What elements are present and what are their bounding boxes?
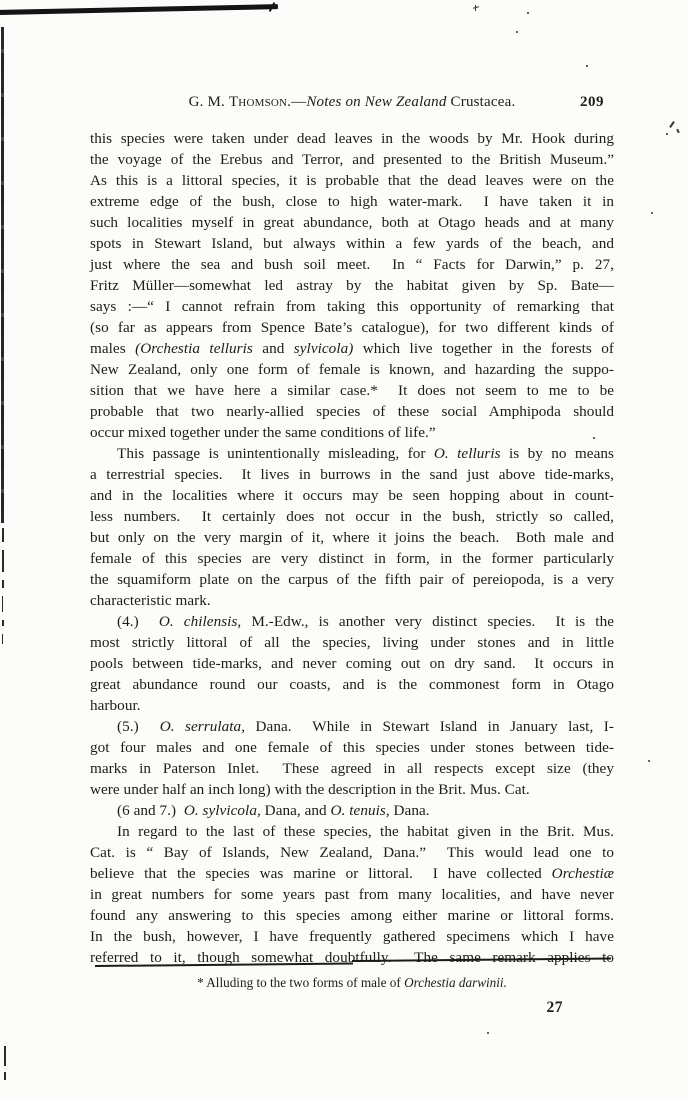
- text-segment: which live together in the forests of: [353, 340, 614, 357]
- signature-number: 27: [547, 999, 564, 1017]
- text-line: marks in Paterson Inlet. These agreed in…: [90, 758, 614, 779]
- text-segment: O. telluris: [434, 445, 501, 462]
- text-segment: just where the sea and bush soil meet. I…: [90, 256, 614, 273]
- scan-edge-line-left: [1, 27, 4, 523]
- scan-speck: [527, 12, 529, 14]
- text-segment: Fritz Müller—somewhat led astray by the …: [90, 277, 614, 294]
- scanned-page: G. M. Thomson.—Notes on New Zealand Crus…: [0, 0, 689, 1100]
- text-segment: got four males and one female of this sp…: [90, 739, 614, 756]
- text-segment: great abundance round our coasts, and is…: [90, 676, 614, 693]
- text-segment: G. M.: [189, 94, 229, 110]
- scan-speck: [666, 133, 668, 135]
- text-line: In regard to the last of these species, …: [90, 821, 614, 842]
- scan-edge-dash: [4, 1072, 6, 1080]
- text-segment: Cat. is “ Bay of Islands, New Zealand, D…: [90, 844, 614, 861]
- text-segment: this species were taken under dead leave…: [90, 130, 614, 147]
- text-line: (so far as appears from Spence Bate’s ca…: [90, 317, 614, 338]
- text-line: males (Orchestia telluris and sylvicola)…: [90, 338, 614, 359]
- text-line: occur mixed together under the same cond…: [90, 422, 614, 443]
- text-segment: is by no means: [501, 445, 614, 462]
- paragraph: (4.) O. chilensis, M.-Edw., is another v…: [90, 611, 614, 716]
- text-segment: —: [291, 94, 306, 110]
- text-segment: , Dana. While in Stewart Island in Janua…: [241, 718, 614, 735]
- text-segment: female of this species are very distinct…: [90, 550, 614, 567]
- text-segment: probable that two nearly-allied species …: [90, 403, 614, 420]
- text-segment: , M.-Edw., is another very distinct spec…: [237, 613, 614, 630]
- text-segment: extreme edge of the bush, close to high …: [90, 193, 614, 210]
- text-segment: This passage is unintentionally misleadi…: [117, 445, 434, 462]
- text-segment: pools between tide-marks, and never comi…: [90, 655, 614, 672]
- text-line: sition that we have here a similar case.…: [90, 380, 614, 401]
- text-segment: most strictly littoral of all the specie…: [90, 634, 614, 651]
- text-segment: (4.): [117, 613, 159, 630]
- text-segment: in great numbers for some years past fro…: [90, 886, 614, 903]
- text-line: spots in Stewart Island, but always with…: [90, 233, 614, 254]
- text-line: extreme edge of the bush, close to high …: [90, 191, 614, 212]
- text-segment: sylvicola): [294, 340, 354, 357]
- text-segment: such localities myself in great abundanc…: [90, 214, 614, 231]
- text-segment: (5.): [117, 718, 160, 735]
- text-segment: (Orchestia telluris: [135, 340, 253, 357]
- paragraph: In regard to the last of these species, …: [90, 821, 614, 968]
- scan-speck: [648, 760, 650, 762]
- text-line: great abundance round our coasts, and is…: [90, 674, 614, 695]
- text-segment: believe that the species was marine or l…: [90, 865, 552, 882]
- text-line: such localities myself in great abundanc…: [90, 212, 614, 233]
- text-line: most strictly littoral of all the specie…: [90, 632, 614, 653]
- text-segment: occur mixed together under the same cond…: [90, 424, 436, 441]
- text-segment: O. tenuis: [331, 802, 386, 819]
- scan-speck: [473, 6, 479, 9]
- text-line: As this is a littoral species, it is pro…: [90, 170, 614, 191]
- text-segment: and: [253, 340, 294, 357]
- text-segment: Crustacea.: [447, 94, 516, 110]
- text-segment: were under half an inch long) with the d…: [90, 781, 530, 798]
- footnote: * Alluding to the two forms of male of O…: [90, 975, 614, 991]
- text-line: Cat. is “ Bay of Islands, New Zealand, D…: [90, 842, 614, 863]
- text-line: less numbers. It certainly does not occu…: [90, 506, 614, 527]
- scan-speck: [586, 65, 588, 67]
- text-line: just where the sea and bush soil meet. I…: [90, 254, 614, 275]
- page-header: G. M. Thomson.—Notes on New Zealand Crus…: [90, 94, 614, 114]
- text-line: got four males and one female of this sp…: [90, 737, 614, 758]
- text-line: believe that the species was marine or l…: [90, 863, 614, 884]
- text-segment: O. chilensis: [159, 613, 238, 630]
- text-line: were under half an inch long) with the d…: [90, 779, 614, 800]
- text-segment: In regard to the last of these species, …: [117, 823, 614, 840]
- text-segment: the squamiform plate on the carpus of th…: [90, 571, 614, 588]
- paragraph: (6 and 7.) O. sylvicola, Dana, and O. te…: [90, 800, 614, 821]
- text-line: characteristic mark.: [90, 590, 614, 611]
- text-line: (6 and 7.) O. sylvicola, Dana, and O. te…: [90, 800, 614, 821]
- text-line: the voyage of the Erebus and Terror, and…: [90, 149, 614, 170]
- text-segment: males: [90, 340, 135, 357]
- scan-edge-dash: [2, 528, 4, 542]
- text-line: (4.) O. chilensis, M.-Edw., is another v…: [90, 611, 614, 632]
- text-segment: a terrestrial species. It lives in burro…: [90, 466, 614, 483]
- text-line: In the bush, however, I have frequently …: [90, 926, 614, 947]
- text-segment: , Dana, and: [257, 802, 331, 819]
- text-segment: Orchestiæ: [552, 865, 614, 882]
- paragraph: this species were taken under dead leave…: [90, 128, 614, 443]
- text-segment: Orchestia darwinii.: [404, 975, 507, 990]
- text-line: and in the localities where it occurs ma…: [90, 485, 614, 506]
- scan-edge-dash: [2, 620, 4, 626]
- text-segment: found any answering to this species amon…: [90, 907, 614, 924]
- paragraph: This passage is unintentionally misleadi…: [90, 443, 614, 611]
- text-line: a terrestrial species. It lives in burro…: [90, 464, 614, 485]
- text-line: in great numbers for some years past fro…: [90, 884, 614, 905]
- scan-edge-dash: [2, 634, 3, 644]
- text-segment: Notes on New Zealand: [306, 94, 446, 110]
- text-line: harbour.: [90, 695, 614, 716]
- scan-edge-dash: [2, 550, 4, 572]
- text-segment: As this is a littoral species, it is pro…: [90, 172, 614, 189]
- text-segment: O. sylvicola: [184, 802, 257, 819]
- text-segment: marks in Paterson Inlet. These agreed in…: [90, 760, 614, 777]
- scan-speck: [676, 129, 680, 133]
- text-line: Fritz Müller—somewhat led astray by the …: [90, 275, 614, 296]
- scan-speck: [487, 1032, 489, 1034]
- page-number: 209: [580, 94, 604, 111]
- text-segment: spots in Stewart Island, but always with…: [90, 235, 614, 252]
- scan-edge-bar-top: [0, 4, 278, 15]
- text-segment: * Alluding to the two forms of male of: [197, 975, 404, 990]
- text-line: (5.) O. serrulata, Dana. While in Stewar…: [90, 716, 614, 737]
- text-segment: characteristic mark.: [90, 592, 211, 609]
- text-segment: Thomson.: [229, 94, 291, 110]
- scan-speck: [475, 5, 476, 11]
- text-line: This passage is unintentionally misleadi…: [90, 443, 614, 464]
- text-line: says :—“ I cannot refrain from taking th…: [90, 296, 614, 317]
- text-segment: the voyage of the Erebus and Terror, and…: [90, 151, 614, 168]
- text-segment: O. serrulata: [160, 718, 242, 735]
- text-segment: In the bush, however, I have frequently …: [90, 928, 614, 945]
- paragraph: (5.) O. serrulata, Dana. While in Stewar…: [90, 716, 614, 800]
- text-line: this species were taken under dead leave…: [90, 128, 614, 149]
- text-segment: sition that we have here a similar case.…: [90, 382, 614, 399]
- text-segment: less numbers. It certainly does not occu…: [90, 508, 614, 525]
- text-segment: (6 and 7.): [117, 802, 184, 819]
- scan-edge-dash: [4, 1046, 6, 1066]
- text-segment: says :—“ I cannot refrain from taking th…: [90, 298, 614, 315]
- scan-speck: [516, 31, 518, 33]
- text-line: found any answering to this species amon…: [90, 905, 614, 926]
- scan-speck: [651, 212, 653, 214]
- text-line: but only on the very margin of it, where…: [90, 527, 614, 548]
- text-line: the squamiform plate on the carpus of th…: [90, 569, 614, 590]
- text-line: New Zealand, only one form of female is …: [90, 359, 614, 380]
- text-segment: , Dana.: [386, 802, 430, 819]
- text-line: female of this species are very distinct…: [90, 548, 614, 569]
- text-segment: and in the localities where it occurs ma…: [90, 487, 614, 504]
- scan-edge-dash: [2, 580, 4, 588]
- text-line: probable that two nearly-allied species …: [90, 401, 614, 422]
- scan-speck: [669, 121, 675, 128]
- running-title: G. M. Thomson.—Notes on New Zealand Crus…: [90, 94, 614, 111]
- text-line: pools between tide-marks, and never comi…: [90, 653, 614, 674]
- text-segment: but only on the very margin of it, where…: [90, 529, 614, 546]
- text-segment: New Zealand, only one form of female is …: [90, 361, 614, 378]
- body-text: this species were taken under dead leave…: [90, 128, 614, 968]
- text-segment: harbour.: [90, 697, 141, 714]
- text-segment: (so far as appears from Spence Bate’s ca…: [90, 319, 614, 336]
- scan-edge-dash: [2, 596, 3, 612]
